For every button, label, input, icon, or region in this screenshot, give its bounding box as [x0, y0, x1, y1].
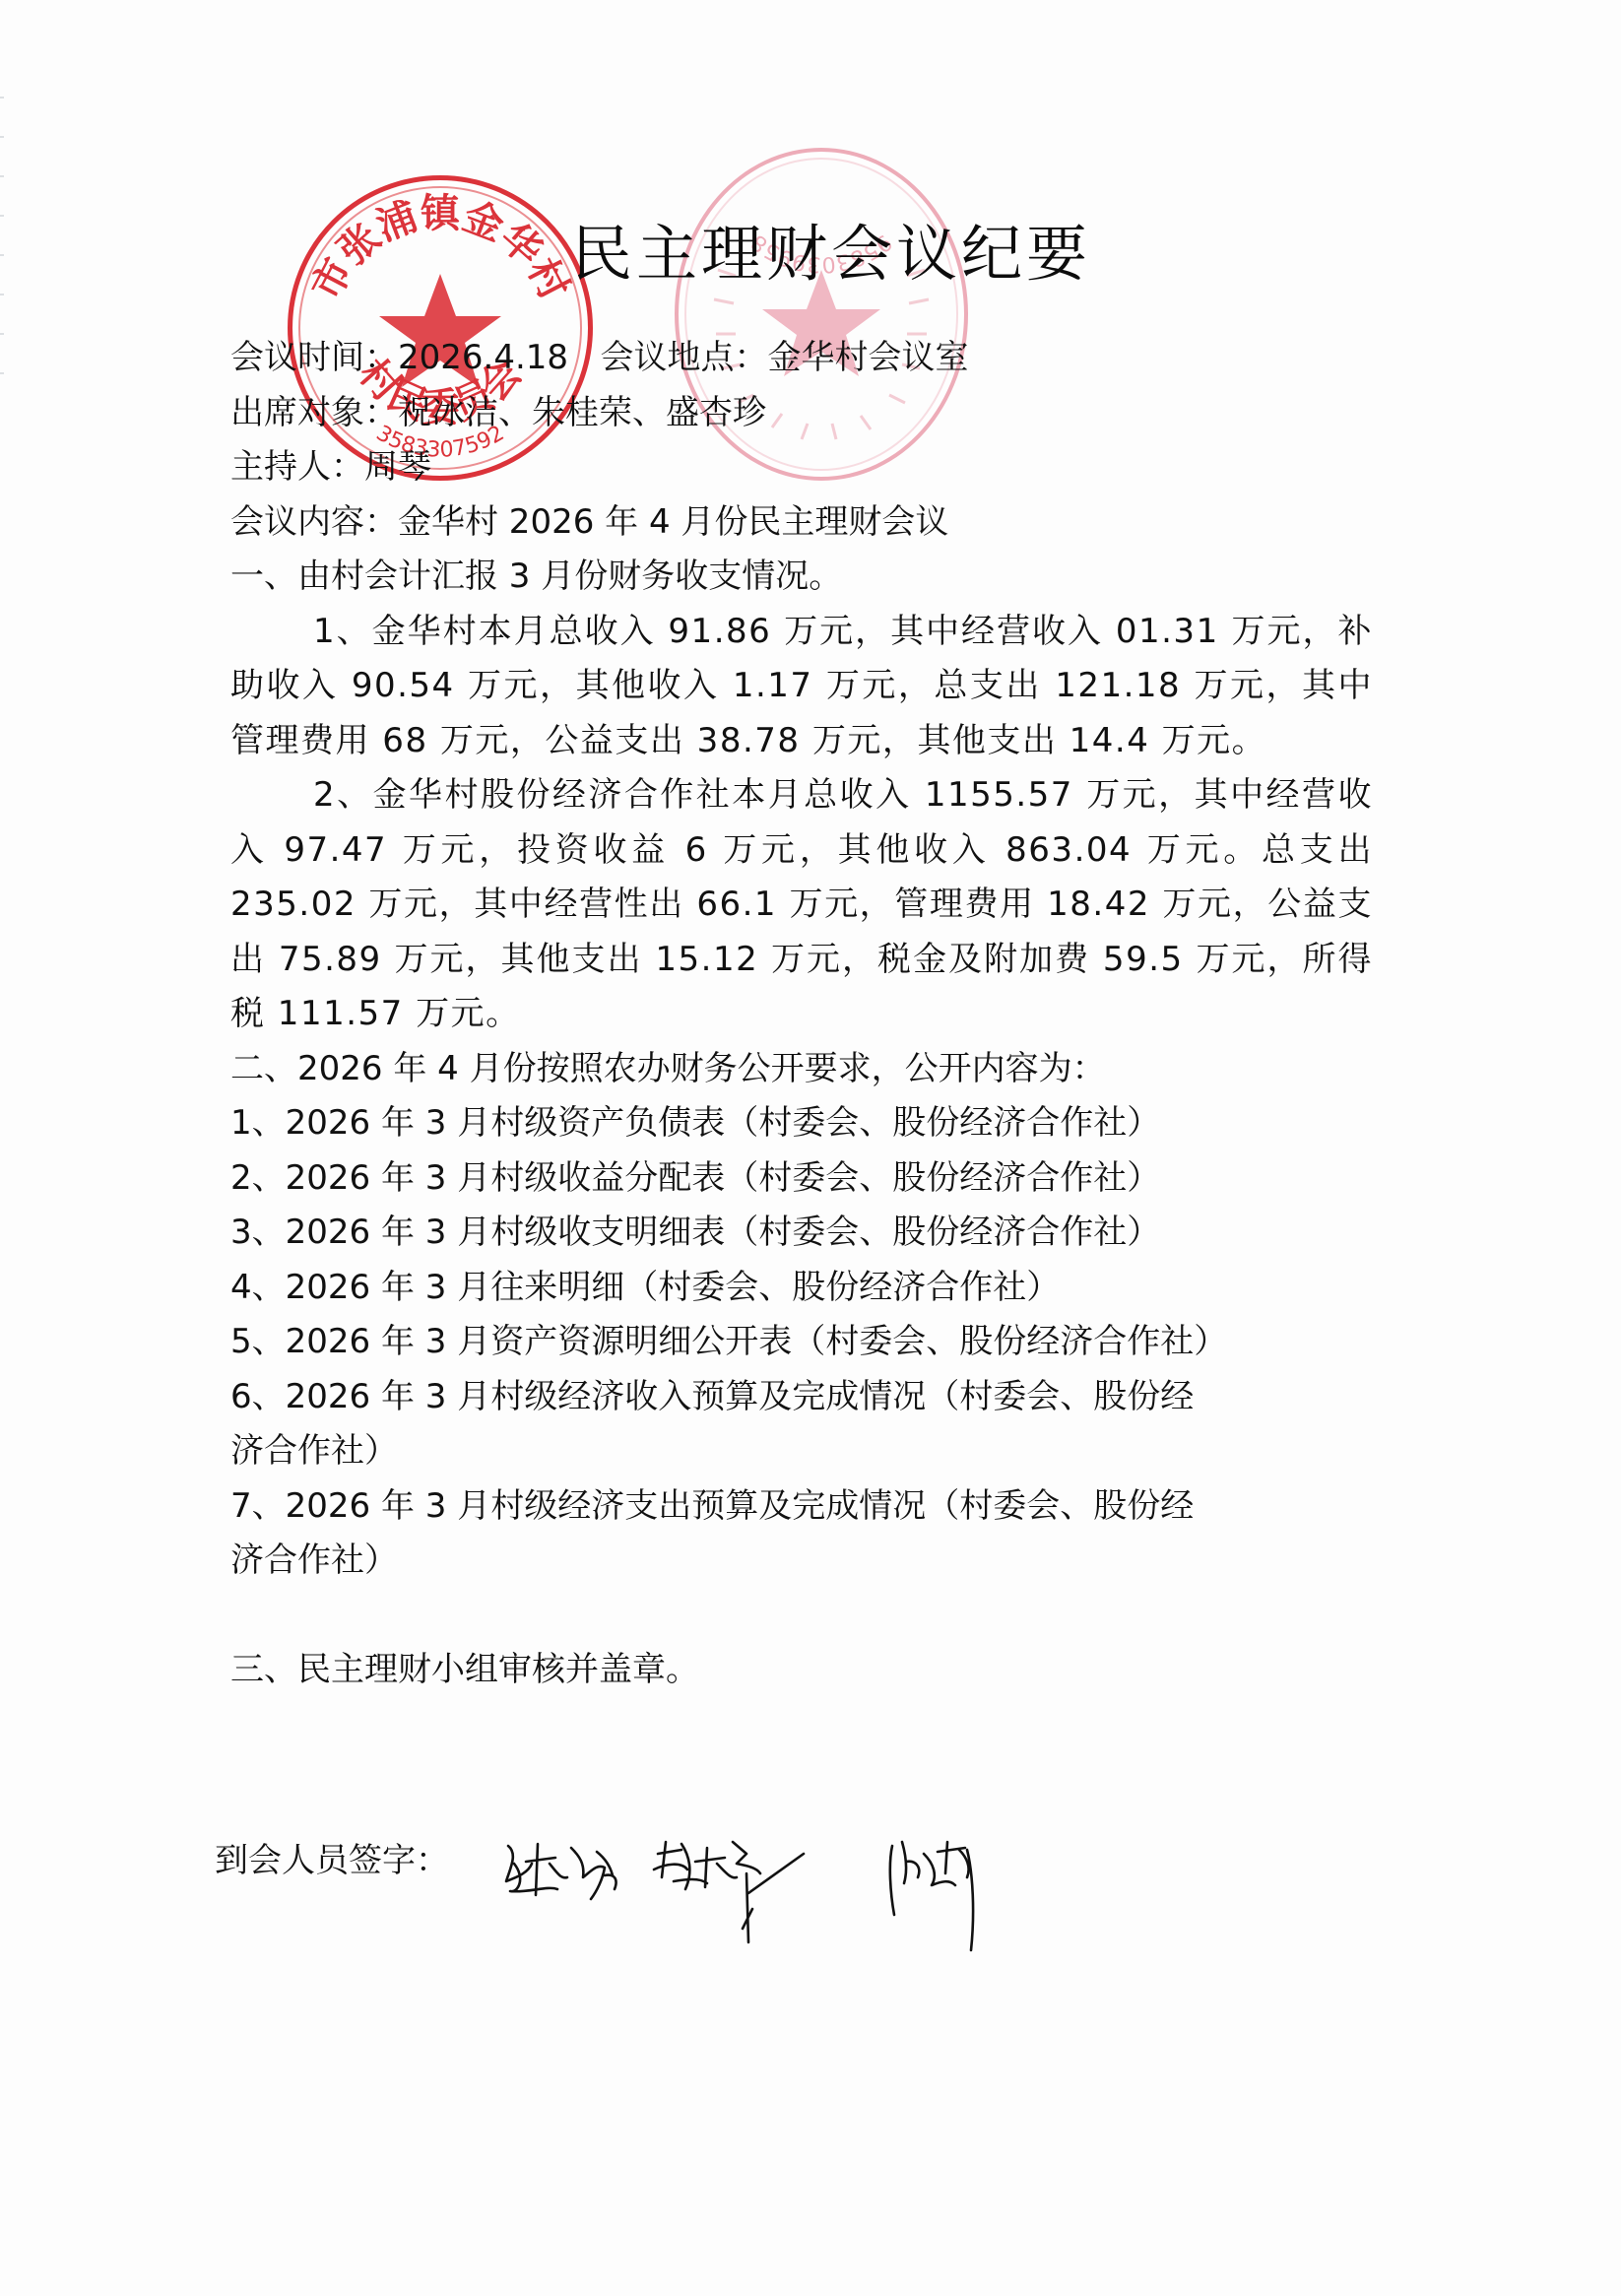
attendees-line: 出席对象：祝冰洁、朱桂荣、盛杏珍: [230, 386, 1373, 441]
signature-row: 到会人员签字：: [215, 1834, 1099, 1942]
disclosure-item: 6、2026 年 3 月村级经济收入预算及完成情况（村委会、股份经: [230, 1370, 1373, 1425]
disclosure-item-continued: 济合作社）: [230, 1424, 1373, 1479]
meeting-time-value: 2026.4.18: [398, 338, 568, 377]
host-line: 主持人：周琴: [230, 440, 1373, 495]
meeting-info-line: 会议时间：2026.4.18 会议地点：金华村会议室: [230, 331, 1373, 386]
document-body: 会议时间：2026.4.18 会议地点：金华村会议室 出席对象：祝冰洁、朱桂荣、…: [230, 331, 1373, 1697]
meeting-place-label: 会议地点：: [600, 338, 767, 377]
host-value: 周琴: [364, 447, 431, 487]
content-line: 会议内容：金华村 2026 年 4 月份民主理财会议: [230, 495, 1373, 551]
section-1-heading: 一、由村会计汇报 3 月份财务收支情况。: [230, 550, 1373, 605]
disclosure-item: 4、2026 年 3 月往来明细（村委会、股份经济合作社）: [230, 1261, 1373, 1316]
attendees-value: 祝冰洁、朱桂荣、盛杏珍: [398, 393, 766, 432]
section-3-heading: 三、民主理财小组审核并盖章。: [230, 1643, 1373, 1698]
signature-label: 到会人员签字：: [215, 1834, 449, 1888]
disclosure-item: 7、2026 年 3 月村级经济支出预算及完成情况（村委会、股份经: [230, 1479, 1373, 1535]
document-page: 市张浦镇金华村 村民委员会 3583307592 9583039958: [0, 0, 1621, 2296]
disclosure-item: 3、2026 年 3 月村级收支明细表（村委会、股份经济合作社）: [230, 1206, 1373, 1261]
handwritten-signatures: [488, 1834, 1099, 1942]
attendees-label: 出席对象：: [230, 393, 398, 432]
disclosure-item-continued: 济合作社）: [230, 1534, 1373, 1589]
section-1-item-1: 1、金华村本月总收入 91.86 万元，其中经营收入 01.31 万元，补助收入…: [230, 605, 1373, 769]
meeting-place-value: 金华村会议室: [767, 338, 968, 377]
disclosure-item: 2、2026 年 3 月村级收益分配表（村委会、股份经济合作社）: [230, 1151, 1373, 1207]
section-1-item-2: 2、金华村股份经济合作社本月总收入 1155.57 万元，其中经营收入 97.4…: [230, 768, 1373, 1042]
content-label: 会议内容：: [230, 502, 398, 542]
meeting-time-label: 会议时间：: [230, 338, 398, 377]
host-label: 主持人：: [230, 447, 364, 487]
disclosure-item: 5、2026 年 3 月资产资源明细公开表（村委会、股份经济合作社）: [230, 1315, 1373, 1370]
disclosure-item: 1、2026 年 3 月村级资产负债表（村委会、股份经济合作社）: [230, 1096, 1373, 1151]
signature-strokes: [488, 1834, 1099, 1962]
content-value: 金华村 2026 年 4 月份民主理财会议: [398, 502, 948, 542]
section-2-heading: 二、2026 年 4 月份按照农办财务公开要求，公开内容为：: [230, 1042, 1373, 1097]
page-title: 民主理财会议纪要: [0, 205, 1621, 293]
